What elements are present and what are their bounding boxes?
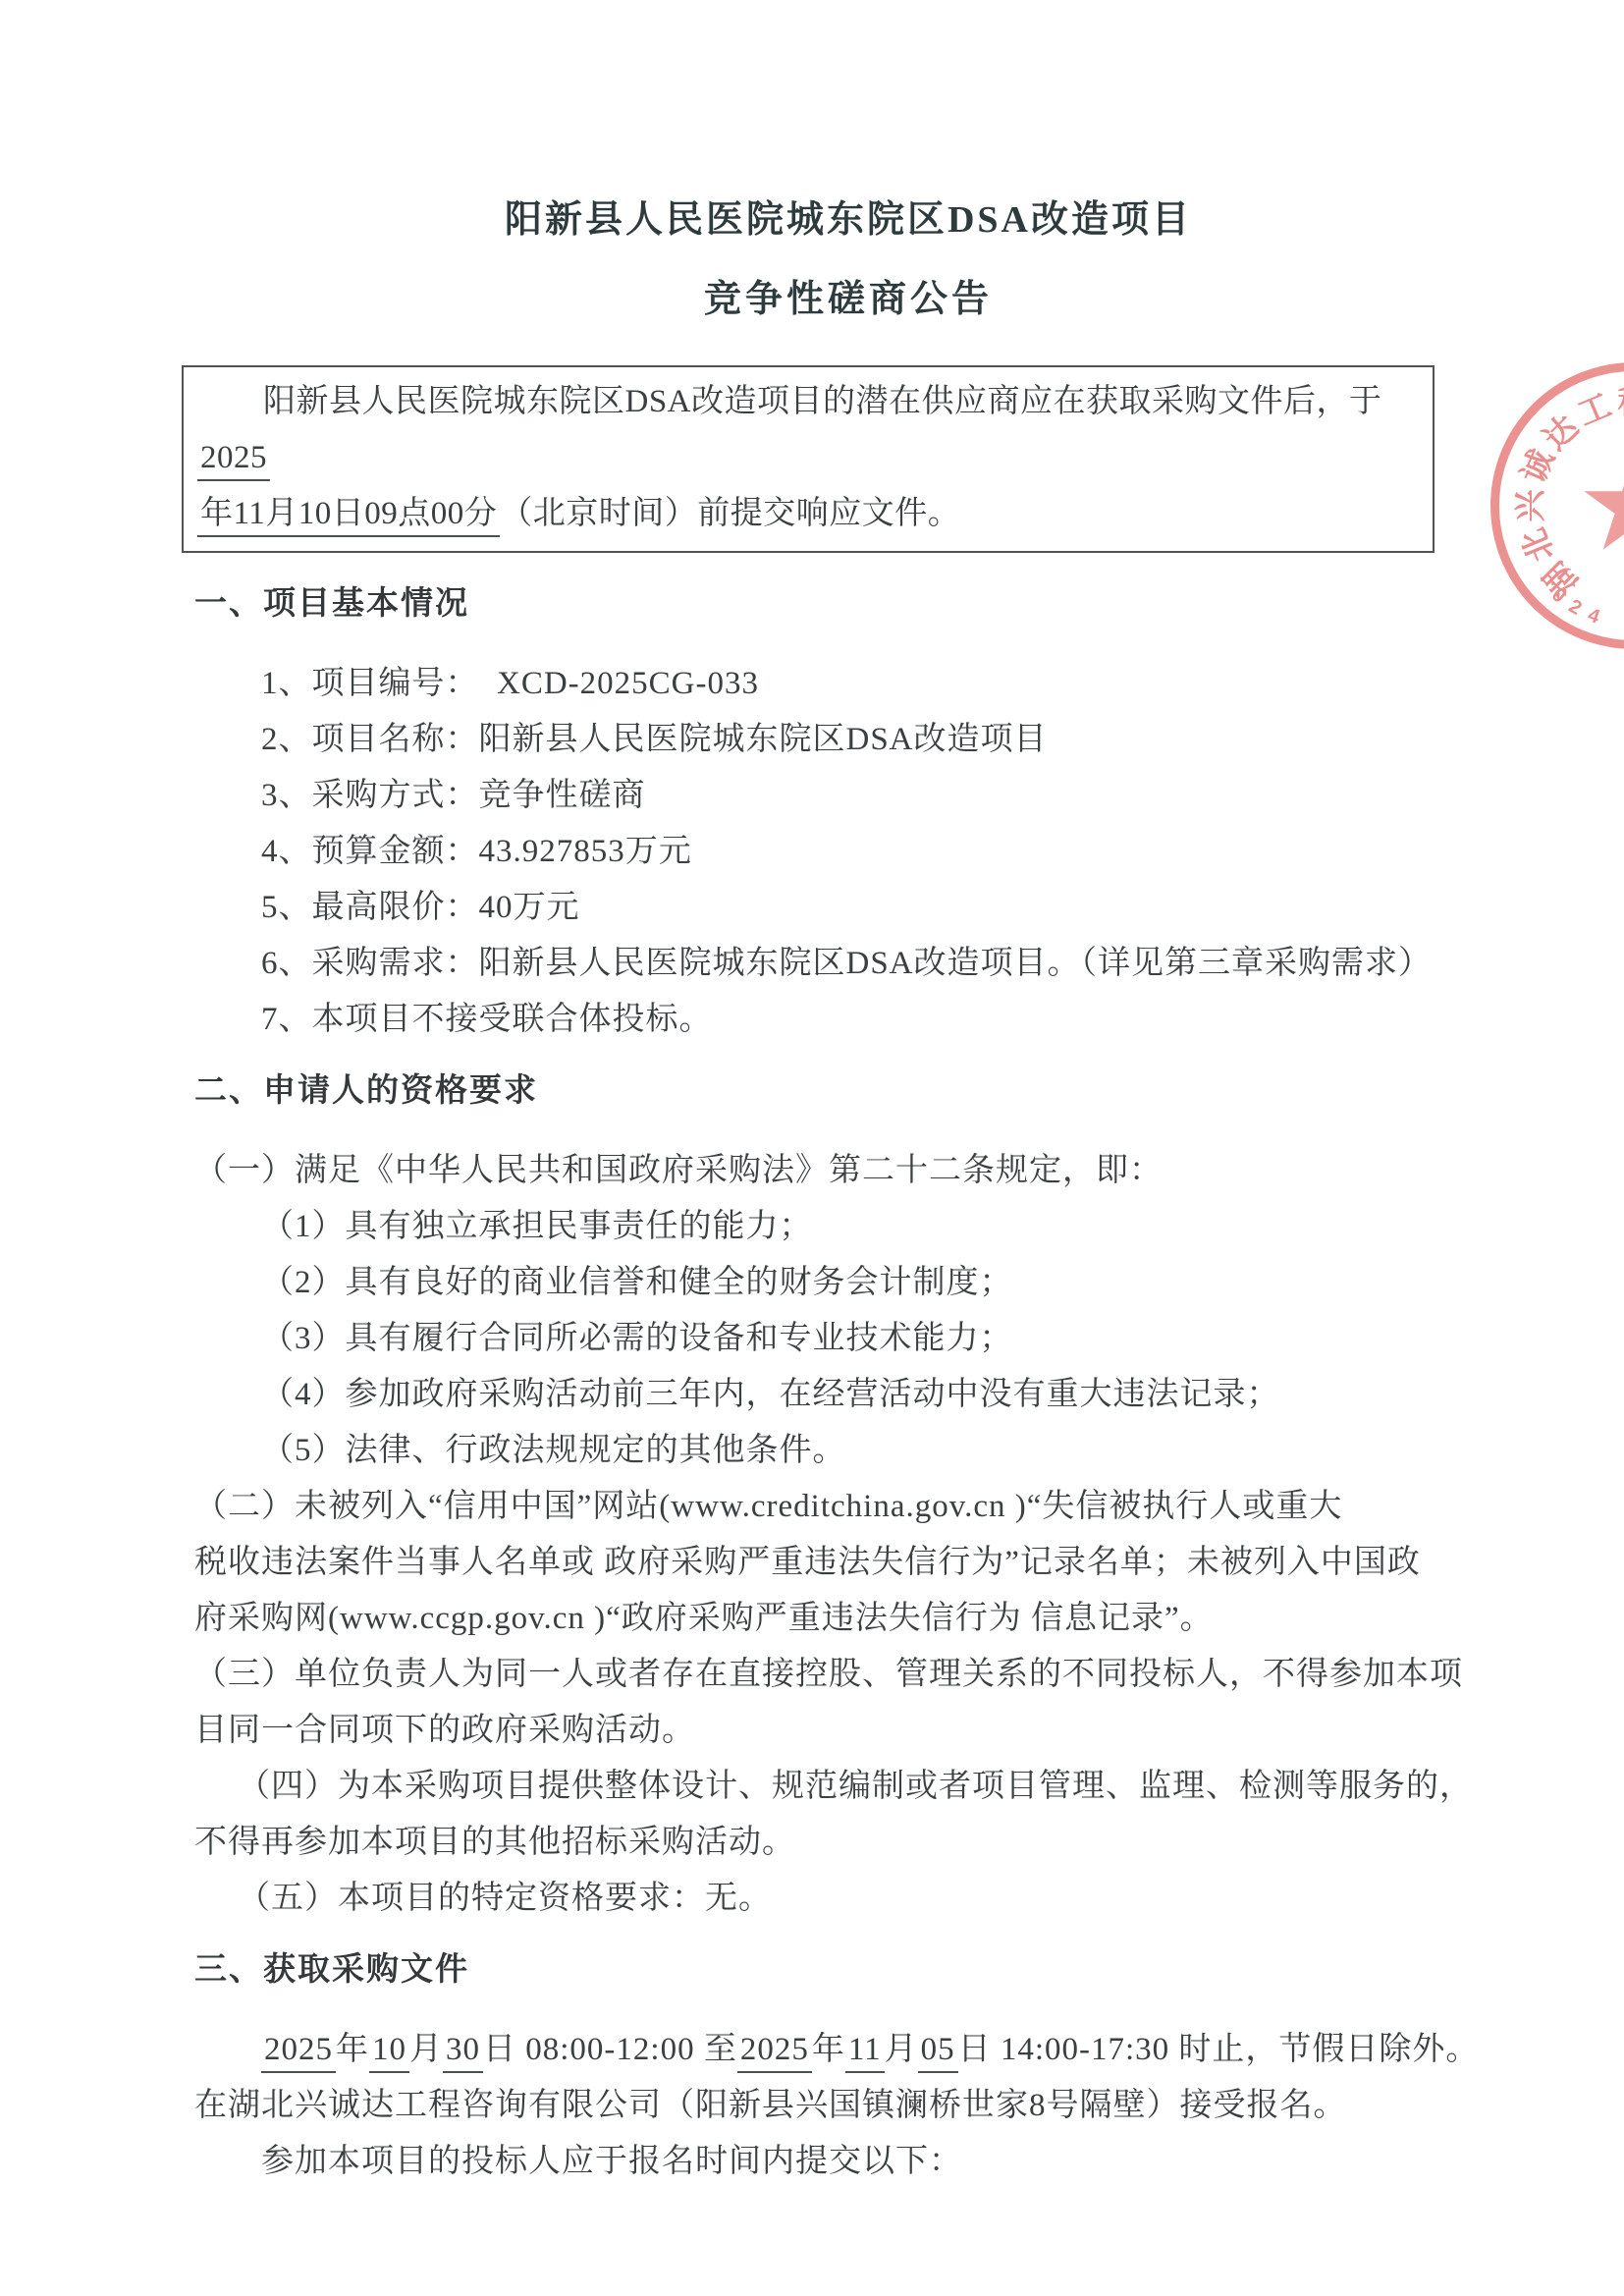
scanned-document-page: 阳新县人民医院城东院区DSA改造项目 竞争性磋商公告 阳新县人民医院城东院区DS…: [0, 0, 1624, 2296]
same-controller-para-line-1: （三）单位负责人为同一人或者存在直接控股、管理关系的不同投标人，不得参加本项: [194, 1647, 1502, 1703]
section-3-heading: 三、获取采购文件: [194, 1941, 1502, 1996]
section-1-heading: 一、项目基本情况: [194, 574, 1502, 630]
notice-line-2: 年11月10日09点00分（北京时间）前提交响应文件。: [197, 486, 1419, 542]
same-controller-para-line-2: 目同一合同项下的政府采购活动。: [194, 1703, 1502, 1759]
notice-line-1: 阳新县人民医院城东院区DSA改造项目的潜在供应商应在获取采购文件后，于2025: [197, 374, 1419, 486]
registration-address-line: 在湖北兴诚达工程咨询有限公司（阳新县兴国镇澜桥世家8号隔壁）接受报名。: [194, 2078, 1502, 2134]
seal-ring: [1490, 362, 1624, 649]
deadline-notice-box: 阳新县人民医院城东院区DSA改造项目的潜在供应商应在获取采购文件后，于2025 …: [182, 365, 1435, 553]
specific-qualification-line: （五）本项目的特定资格要求：无。: [194, 1871, 1502, 1927]
qualification-sub-item-2: （2）具有良好的商业信誉和健全的财务会计制度；: [194, 1255, 1502, 1311]
credit-china-para-line-2: 税收违法案件当事人名单或 政府采购严重违法失信行为”记录名单；未被列入中国政: [194, 1535, 1502, 1591]
qualification-sub-item-4: （4）参加政府采购活动前三年内，在经营活动中没有重大违法记录；: [194, 1367, 1502, 1423]
design-service-para-line-2: 不得再参加本项目的其他招标采购活动。: [194, 1815, 1502, 1871]
document-subtitle: 竞争性磋商公告: [194, 272, 1502, 328]
credit-china-para-line-3: 府采购网(www.ccgp.gov.cn )“政府采购严重违法失信行为 信息记录…: [194, 1591, 1502, 1647]
price-ceiling-line: 5、最高限价：40万元: [194, 880, 1502, 936]
project-number-line: 1、项目编号： XCD-2025CG-033: [194, 656, 1502, 712]
credit-china-para-line-1: （二）未被列入“信用中国”网站(www.creditchina.gov.cn )…: [194, 1479, 1502, 1535]
no-consortium-line: 7、本项目不接受联合体投标。: [194, 992, 1502, 1048]
document-obtain-date-line: 2025年10月30日 08:00-12:00 至2025年11月05日 14:…: [194, 2022, 1502, 2078]
document-body: 阳新县人民医院城东院区DSA改造项目 竞争性磋商公告 阳新县人民医院城东院区DS…: [194, 0, 1502, 2190]
qualification-sub-item-5: （5）法律、行政法规规定的其他条件。: [194, 1423, 1502, 1479]
section-2-heading: 二、申请人的资格要求: [194, 1062, 1502, 1118]
qualification-sub-item-3: （3）具有履行合同所必需的设备和专业技术能力；: [194, 1311, 1502, 1367]
company-seal-stamp: ★ 湖北兴诚达工程咨询有限公司 420: [1490, 362, 1624, 649]
document-title: 阳新县人民医院城东院区DSA改造项目: [194, 192, 1502, 248]
budget-amount-line: 4、预算金额：43.927853万元: [194, 824, 1502, 880]
design-service-para-line-1: （四）为本采购项目提供整体设计、规范编制或者项目管理、监理、检测等服务的，: [194, 1759, 1502, 1815]
project-name-line: 2、项目名称：阳新县人民医院城东院区DSA改造项目: [194, 712, 1502, 768]
procurement-method-line: 3、采购方式：竞争性磋商: [194, 768, 1502, 824]
qualification-sub-item-1: （1）具有独立承担民事责任的能力；: [194, 1199, 1502, 1255]
registration-submit-line: 参加本项目的投标人应于报名时间内提交以下：: [194, 2134, 1502, 2190]
seal-star-icon: ★: [1576, 441, 1624, 571]
procurement-demand-line: 6、采购需求：阳新县人民医院城东院区DSA改造项目。（详见第三章采购需求）: [194, 936, 1502, 992]
qualification-para-1: （一）满足《中华人民共和国政府采购法》第二十二条规定，即：: [194, 1143, 1502, 1199]
